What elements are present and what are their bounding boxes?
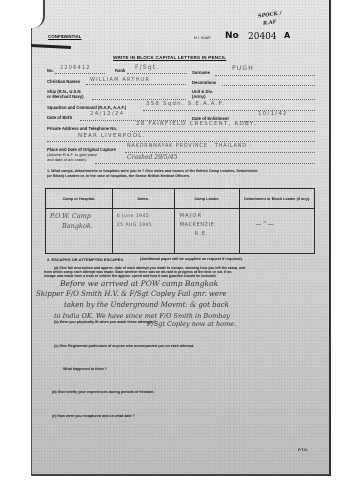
leader-line1: MAJOR [180,213,203,219]
camps-table: Camp or Hospital. Dates. Camp Leader. De… [45,188,315,254]
capture-value-line1: NAKORNNAYAK PROVINCE , THAILAND : [127,143,252,149]
instruction-heading: WRITE IN BLOCK CAPITAL LETTERS IN PENCIL [113,55,226,60]
section2-note: (Additional paper will be supplied on re… [140,257,243,262]
squadron-value: 358 Sqdn. S.E.A.A.F. [146,101,225,107]
section2-c-sub: What happened to them ? [63,367,107,372]
section2-c: (c) Give Regimental particulars of anyon… [54,344,194,349]
section2-b: (b) Were you physically fit when you mad… [54,320,156,325]
christian-names-line [86,84,186,85]
confidential-label: CONFIDENTIAL [48,34,82,39]
section2-d: (d) Give briefly your experiences during… [52,390,154,395]
ship-line [92,99,186,100]
camps-table-header: Camp or Hospital. Dates. Camp Leader. De… [46,189,315,209]
capture-line1 [125,152,315,153]
leader-line2: MACKENZIE [180,222,215,228]
number-mark: No [225,31,239,41]
capture-label-line3: and date of a/c crash). [47,157,87,162]
capture-line2 [95,163,315,164]
address-line2 [47,141,315,142]
column-camp: Camp or Hospital. [46,189,113,209]
squadron-label: Squadron and Command (R.A.F., A.A.F.) [47,105,126,110]
decorations-label: Decorations [192,80,216,85]
column-camp-leader: Camp Leader. [174,189,240,209]
surname-label: Surname [192,70,210,75]
surname-line [215,75,315,76]
no-value: 2206412 [60,65,91,71]
no-line [55,73,105,74]
leader-line3: R.E. [195,231,209,237]
pto-label: P.T.O. [298,448,308,453]
no-label: No. [47,68,54,73]
form-reference: M.I. 9/JAP. [194,36,211,41]
detachment-value: — " — [255,221,274,228]
squadron-line [143,110,315,111]
camp-line1: P.O.W. Camp [50,212,91,220]
address-label: Private Address and Telephone No. [47,126,117,131]
address-value-line2: NEAR LIVERPOOL. [78,133,145,139]
escape-answer-line2: Skipper F/O Smith H.V. & F/Sgt Copley Fa… [36,290,226,298]
cell-camp: P.O.W. Camp Bangkok. [46,209,113,254]
rank-value: F/Sgt. [135,64,160,71]
dates-line1: 6 June 1945 [117,214,149,219]
unit-label-line2: (Army) [192,94,206,99]
address-value-line1: 28 FAIRFIELD CRESCENT, ROBY, [136,121,257,127]
christian-names-label: Christian Names [47,79,80,84]
decorations-line [222,85,315,86]
surname-value: PUGH [232,65,254,72]
column-dates: Dates. [112,189,174,209]
section2-title: 2. ESCAPES OR ATTEMPTED ESCAPES. [47,257,124,262]
serial-number: 20404 [248,32,277,42]
section2-e: (e) How were you recaptured and on what … [52,414,135,419]
dates-line2: 25 AUG 1945 [117,223,152,228]
dob-label: Date of Birth [47,115,72,120]
cell-dates: 6 June 1945 25 AUG 1945 [112,209,174,254]
serial-suffix: A [284,31,290,40]
table-row: P.O.W. Camp Bangkok. 6 June 1945 25 AUG … [46,209,315,254]
dob-value: 24/12/24 [90,111,124,117]
rank-label: Rank [115,68,125,73]
enlistment-value: 10/1/42 [258,111,288,117]
address-line1 [130,131,315,132]
cell-camp-leader: MAJOR MACKENZIE R.E. [174,209,240,254]
unit-line [210,99,315,100]
capture-value-line2: Crashed 29/5/45 [127,154,177,161]
escape-answer-line1: Before we arrived at POW camp Bangkok [60,279,218,288]
ship-label-line2: or Merchant Navy) [47,94,84,99]
camp-line2: Bangkok. [62,222,93,230]
section1-question-line2: (or Block) Leaders or, in the case of ho… [47,174,190,179]
escape-answer-line3: taken by the Underground Movmt: & got ba… [64,301,229,309]
christian-names-value: WILLIAM ARTHUR [90,77,150,83]
escape-answer-line5: F/Sgt Copley now at home. [147,320,236,328]
cell-detachment-leader: — " — [240,209,315,254]
rank-line [127,73,187,74]
escape-answer-line4: to India OK. We have since met F/O Smith… [54,312,230,320]
column-detachment-leader: Detachment or Block Leader (if any). [240,189,315,209]
